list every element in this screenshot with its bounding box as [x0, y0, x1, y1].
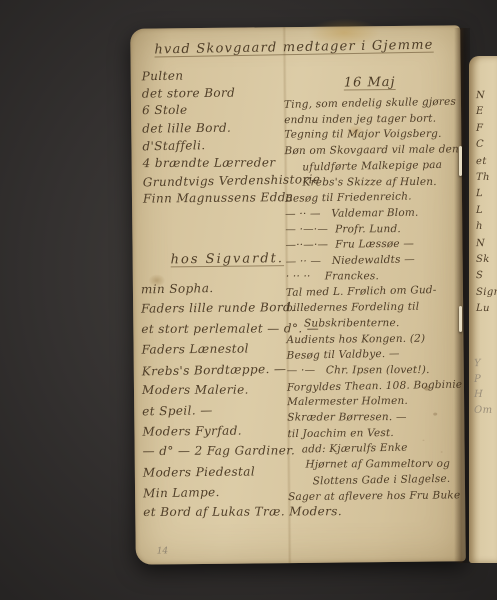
list-item: Skræder Børresen. — [287, 410, 462, 426]
section-heading-sigvardt: hos Sigvardt. [171, 251, 285, 267]
list-item: C [476, 137, 497, 153]
todo-list: Ting, som endelig skulle gjøresendnu ind… [284, 95, 464, 505]
list-item: — ·· — Valdemar Blom. [285, 205, 460, 223]
list-item: — ·—·— Profr. Lund. [285, 221, 460, 237]
date-heading: 16 Maj [344, 75, 396, 91]
list-item: h [476, 219, 497, 235]
facing-page-ink-fragments: NEFCetThLLhNSkSSignLu [476, 88, 497, 318]
list-item: L [476, 186, 497, 203]
list-item: Th [476, 170, 497, 187]
list-item: ufuldførte Malkepige paa [285, 157, 461, 176]
list-item: Tegning til Major Voigsberg. [284, 127, 459, 143]
list-item: Sager at aflevere hos Fru Buke [288, 488, 463, 506]
list-item: Besøg til Valdbye. — [287, 346, 463, 365]
page-title: hvad Skovgaard medtager i Gjemme [154, 38, 433, 58]
list-item: S [476, 268, 497, 285]
list-item: L [476, 203, 497, 220]
list-item: billedernes Fordeling til [286, 299, 461, 317]
list-item: N [476, 236, 497, 253]
facing-page-pencil-fragments: YPHOm [474, 356, 492, 418]
list-item: P [474, 372, 492, 388]
list-item: F [476, 121, 497, 138]
page-number: 14 [157, 546, 169, 556]
list-item: Sign [476, 285, 497, 301]
list-item: Forgyldes Thean. 108. Bogbinie [287, 377, 463, 396]
photo-background: hvad Skovgaard medtager i Gjemme Pultend… [0, 0, 497, 600]
list-item: Sk [476, 252, 497, 269]
list-item: Pulten [142, 65, 320, 86]
list-item: E [476, 104, 497, 120]
facing-page-edge: NEFCetThLLhNSkSSignLu YPHOm [469, 56, 497, 563]
notebook-page: hvad Skovgaard medtager i Gjemme Pultend… [130, 25, 466, 564]
list-item: et [476, 154, 497, 171]
list-item: Slottens Gade i Slagelse. [288, 471, 464, 490]
list-item: Malermester Holmen. [287, 394, 462, 412]
list-item: H [474, 387, 493, 403]
list-item: Hjørnet af Gammeltorv og [288, 457, 463, 473]
list-item: Om [474, 403, 492, 419]
list-item: Y [474, 356, 493, 372]
list-item: Subskribenterne. [286, 316, 461, 332]
list-item: Ting, som endelig skulle gjøres [284, 95, 460, 114]
list-item: — ·— Chr. Ipsen (lovet!). [287, 363, 462, 379]
binding-stitch [459, 306, 462, 332]
list-item: endnu inden jeg tager bort. [284, 111, 459, 129]
binding-gutter [454, 28, 470, 563]
list-item: — ·· — Niedewaldts — [286, 252, 462, 271]
list-item: N [476, 88, 497, 105]
list-item: Lu [476, 301, 497, 318]
binding-stitch [459, 146, 462, 176]
